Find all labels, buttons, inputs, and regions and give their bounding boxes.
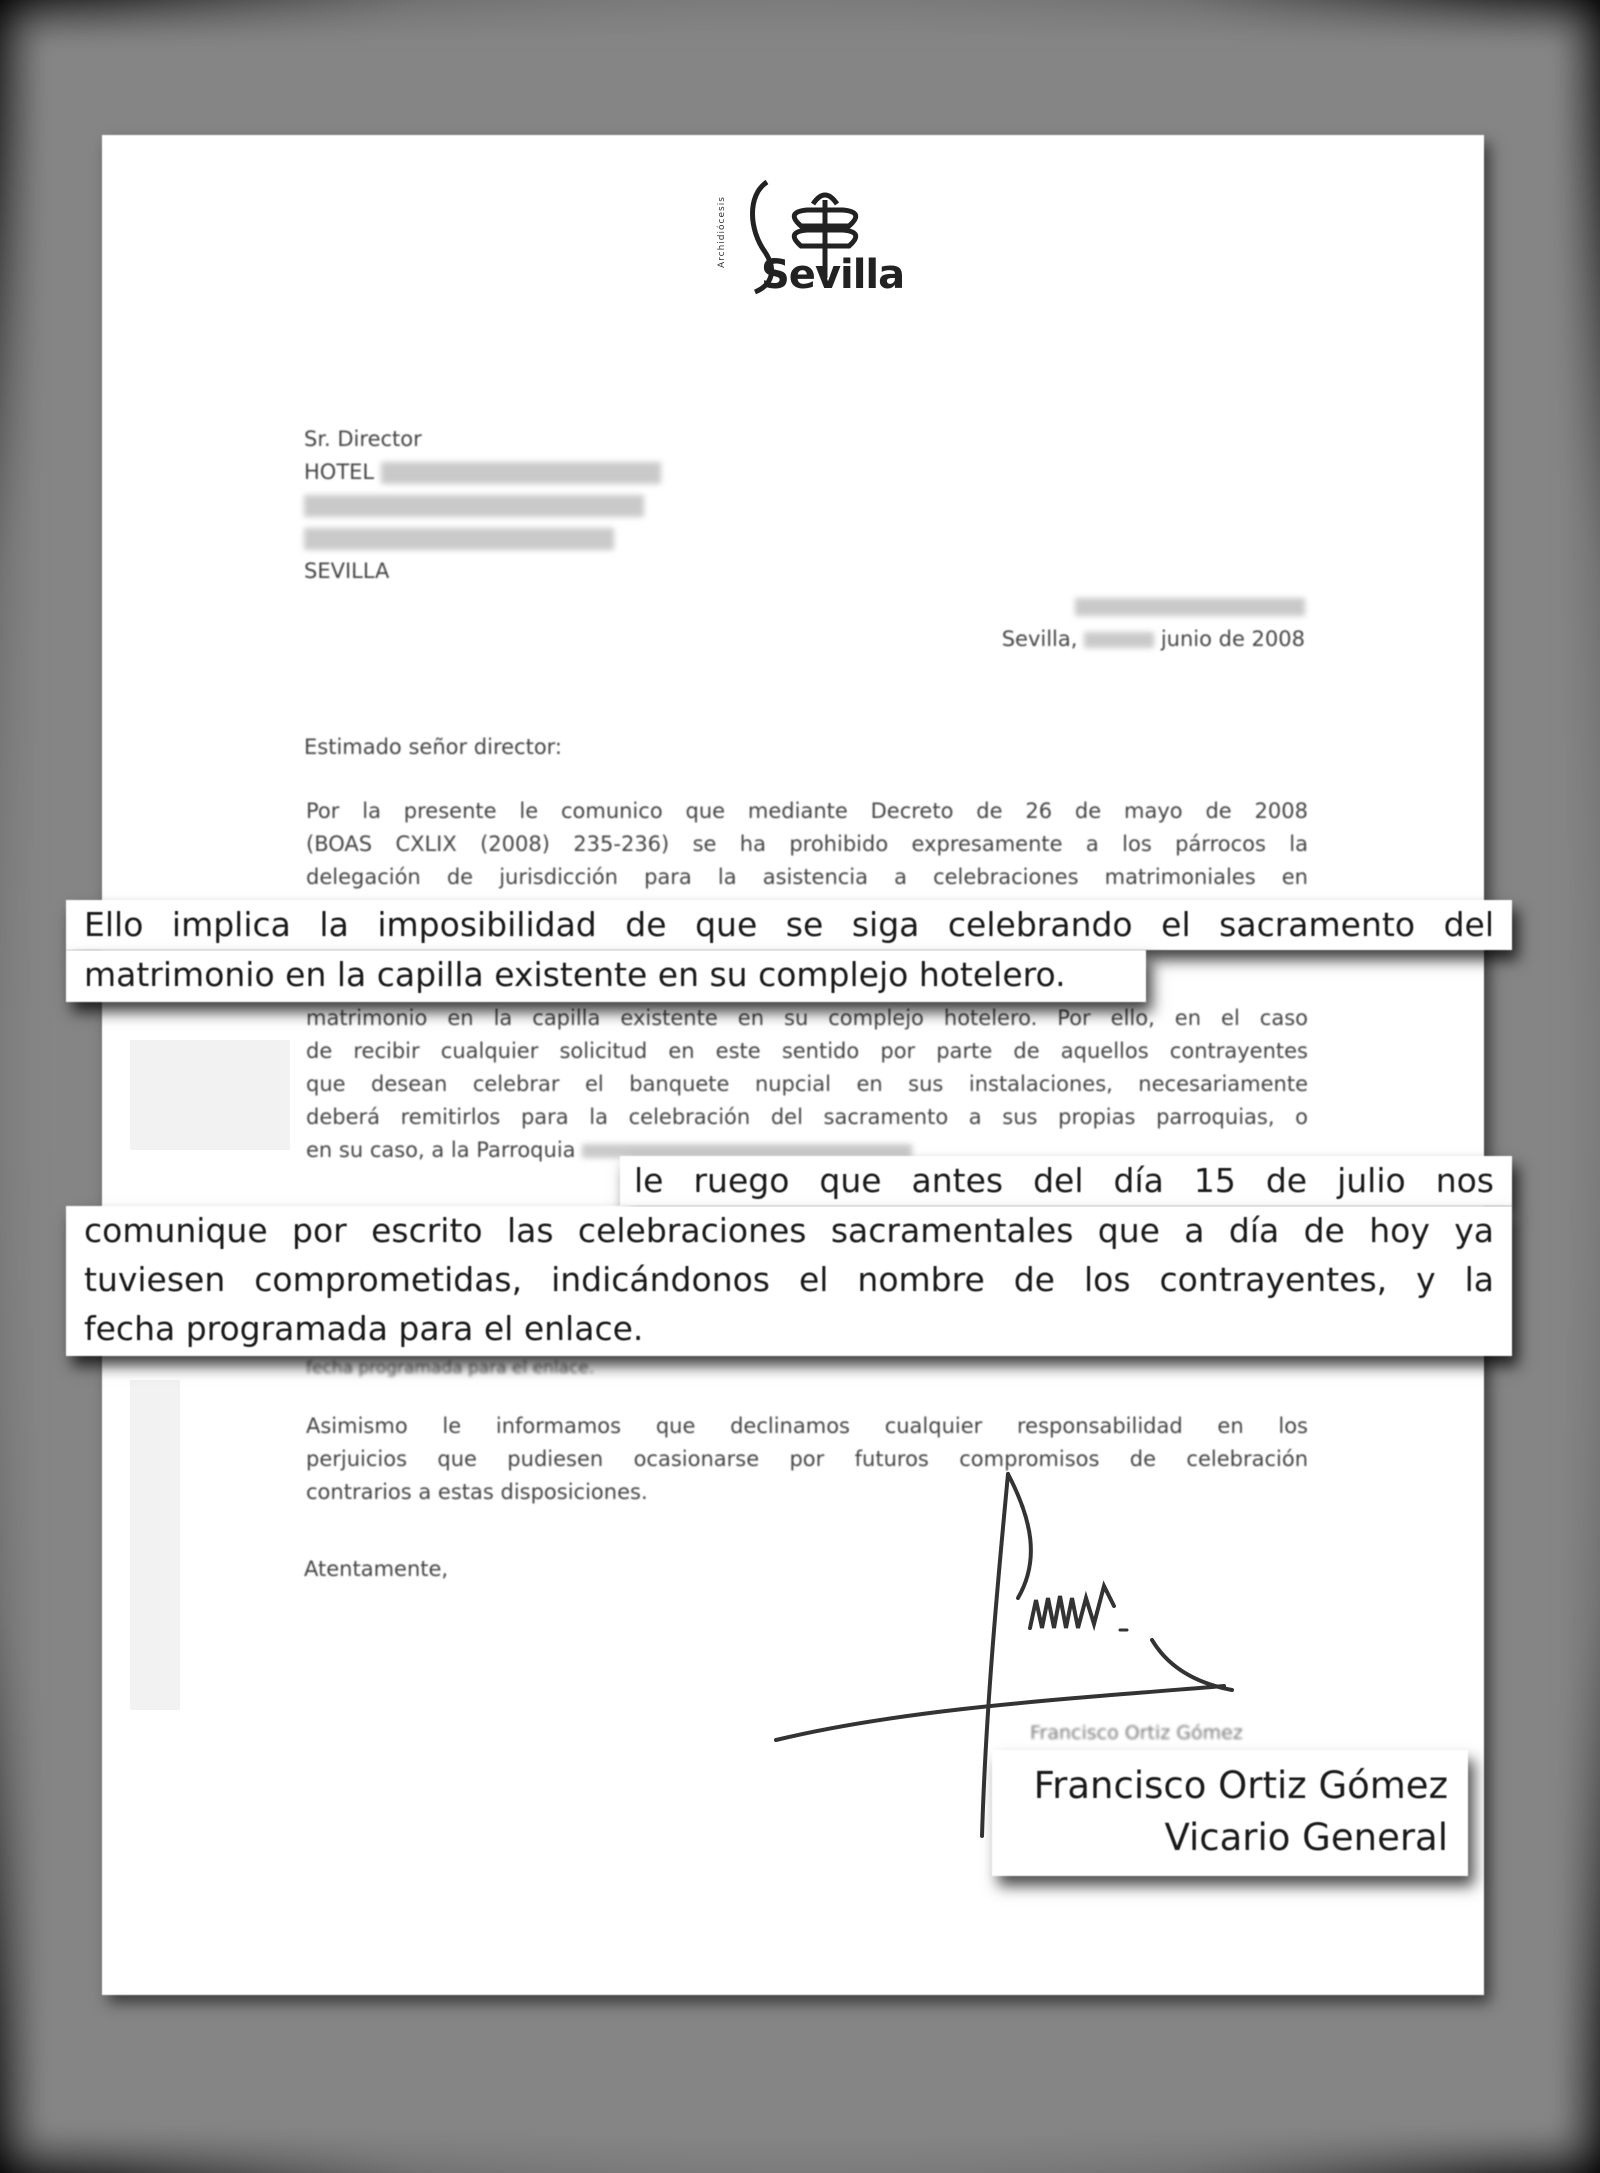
printed-name-small: Francisco Ortiz Gómez [1030, 1722, 1243, 1744]
signer-name: Francisco Ortiz Gómez [992, 1760, 1448, 1812]
signature-callout: Francisco Ortiz Gómez Vicario General [992, 1750, 1468, 1876]
signer-title: Vicario General [992, 1812, 1448, 1864]
